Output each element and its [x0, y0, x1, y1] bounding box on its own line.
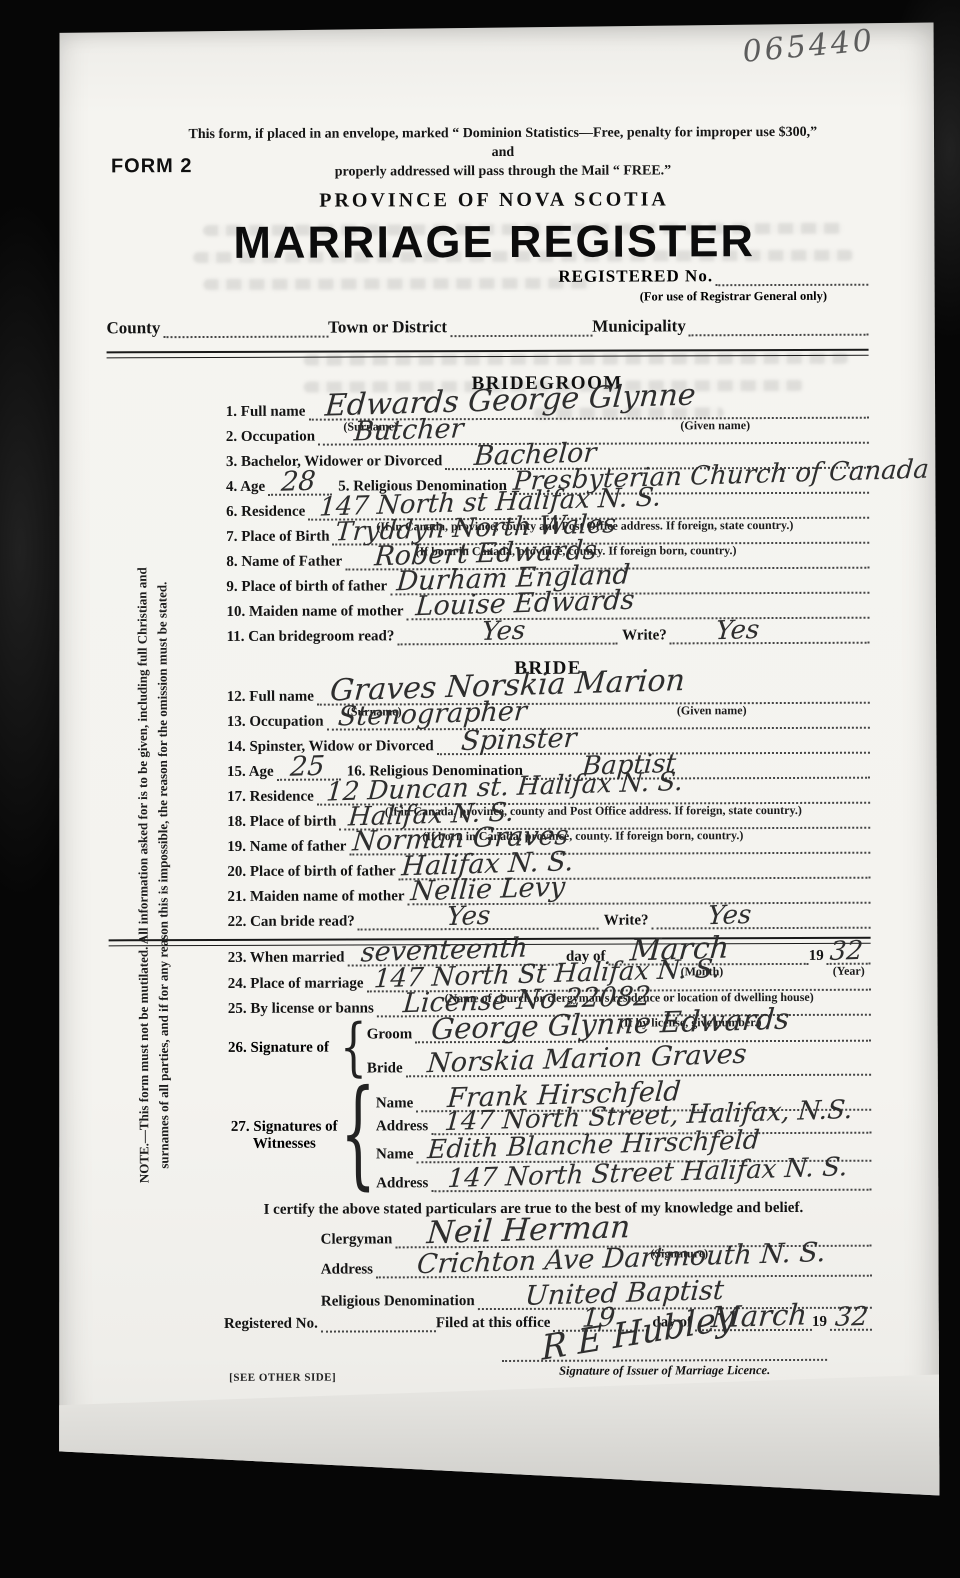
bride-residence-label: 17. Residence — [227, 789, 317, 806]
form-number: FORM 2 — [111, 155, 193, 178]
mutilation-note-line2: surnames of all parties, and if for any … — [154, 582, 171, 1169]
bride-signature-row: Bride Norskia Marion Graves — [367, 1042, 871, 1078]
registered-no-bottom-field — [321, 1316, 436, 1332]
county-label: County — [106, 318, 163, 338]
filed-label: Filed at this office — [436, 1315, 554, 1332]
bride-father-birthplace-label: 20. Place of birth of father — [227, 863, 398, 881]
witnesses-label-line1: 27. Signatures of — [231, 1118, 338, 1134]
bride-write-value: Yes — [707, 900, 753, 931]
groom-age-label: 4. Age — [226, 479, 268, 496]
couple-signatures-block: 26. Signature of { Groom George Glynne E… — [228, 1016, 871, 1078]
handwritten-serial-number: 065440 — [741, 23, 876, 70]
clergyman-denomination-label: Religious Denomination — [321, 1293, 478, 1311]
bleed-through-text — [203, 278, 593, 290]
envelope-instruction: This form, if placed in an envelope, mar… — [178, 123, 828, 182]
bride-read-label: 22. Can bride read? — [228, 913, 358, 930]
bride-full-name-label: 12. Full name — [227, 689, 317, 706]
registered-no-block: REGISTERED No. (For use of Registrar Gen… — [558, 271, 868, 305]
issuer-signature-block: R E Hubley Signature of Issuer of Marria… — [502, 1343, 827, 1379]
clergyman-denomination-field: United Baptist — [478, 1275, 872, 1310]
groom-signature-field: George Glynne Edwards — [415, 1014, 871, 1044]
groom-write-value: Yes — [715, 615, 761, 646]
province-heading: PROVINCE OF NOVA SCOTIA — [53, 187, 935, 213]
witness2-address-label: Address — [376, 1175, 431, 1192]
groom-read-label: 11. Can bridegroom read? — [227, 628, 398, 646]
filed-year-prefix: 19 — [812, 1314, 830, 1331]
parties-section: BRIDEGROOM 1. Full name Edwards George G… — [226, 375, 871, 931]
witnesses-label: 27. Signatures of Witnesses — [228, 1118, 340, 1152]
envelope-instruction-line1: This form, if placed in an envelope, mar… — [178, 123, 828, 163]
bride-write-label: Write? — [599, 912, 652, 929]
marriage-register-page: 065440 This form, if placed in an envelo… — [52, 22, 939, 1501]
groom-mother-label: 10. Maiden name of mother — [226, 603, 406, 621]
bride-signature-value: Norskia Marion Graves — [426, 1039, 748, 1080]
town-district-label: Town or District — [328, 317, 450, 337]
see-other-side-note: [SEE OTHER SIDE] — [229, 1372, 336, 1384]
groom-father-birthplace-label: 9. Place of birth of father — [226, 578, 390, 596]
signature-of-label: 26. Signature of — [228, 1039, 340, 1056]
town-district-field — [450, 321, 592, 337]
bride-occupation-label: 13. Occupation — [227, 714, 327, 731]
bride-age-label: 15. Age — [227, 764, 277, 781]
bride-signature-field: Norskia Marion Graves — [406, 1040, 872, 1078]
groom-literacy-row: 11. Can bridegroom read? Yes Write? Yes — [227, 619, 870, 646]
witness2-address-row: Address 147 North Street Halifax N. S. — [376, 1162, 871, 1193]
place-of-marriage-label: 24. Place of marriage — [228, 975, 367, 992]
groom-birthplace-label: 7. Place of Birth — [226, 529, 332, 546]
clergyman-address-label: Address — [321, 1261, 376, 1278]
bride-write-field: Yes — [651, 902, 870, 930]
witness2-name-label: Name — [376, 1146, 417, 1163]
municipality-field — [689, 320, 869, 337]
clergy-certification-block: Clergyman Neil Herman (Signature) Addres… — [321, 1217, 872, 1311]
when-married-year-field: 32 (Year) — [827, 939, 871, 965]
mutilation-note: NOTE.—This form must not be mutilated. A… — [132, 545, 176, 1205]
filed-year-value: 32 — [834, 1302, 869, 1333]
bride-birthplace-label: 18. Place of birth — [227, 814, 339, 831]
marriage-section: 23. When married seventeenth day of Marc… — [228, 941, 872, 1311]
registered-no-label: REGISTERED No. — [558, 266, 715, 287]
clergyman-address-row: Address Crichton Ave Dartmouth N. S. — [321, 1247, 872, 1279]
witnesses-label-line2: Witnesses — [253, 1135, 316, 1151]
when-married-label: 23. When married — [228, 950, 348, 967]
witness2-address-field: 147 North Street Halifax N. S. — [431, 1160, 871, 1193]
bride-father-label: 19. Name of father — [227, 839, 349, 856]
county-field — [163, 322, 328, 339]
paper-bottom-crease — [57, 1374, 939, 1503]
mutilation-note-line1: NOTE.—This form must not be mutilated. A… — [134, 567, 151, 1183]
groom-status-label: 3. Bachelor, Widower or Divorced — [226, 453, 445, 471]
county-row: County Town or District Municipality — [106, 322, 868, 339]
clergyman-address-field: Crichton Ave Dartmouth N. S. — [376, 1245, 872, 1279]
page-title: MARRIAGE REGISTER — [53, 214, 935, 269]
groom-read-value: Yes — [480, 616, 526, 647]
bride-literacy-row: 22. Can bride read? Yes Write? Yes — [228, 904, 871, 931]
witness-signatures-block: 27. Signatures of Witnesses { Name Frank… — [228, 1076, 871, 1193]
bride-read-field: Yes — [358, 903, 599, 931]
registered-no-field — [715, 269, 868, 287]
registered-no-bottom-label: Registered No. — [224, 1316, 321, 1333]
bride-read-value: Yes — [446, 901, 492, 932]
groom-write-field: Yes — [670, 617, 870, 645]
groom-residence-label: 6. Residence — [226, 504, 308, 521]
groom-occupation-label: 2. Occupation — [226, 429, 318, 446]
registrar-only-note: (For use of Registrar General only) — [598, 289, 868, 305]
witness1-name-label: Name — [376, 1095, 417, 1112]
envelope-instruction-line2: properly addressed will pass through the… — [178, 161, 828, 182]
groom-write-label: Write? — [617, 627, 670, 644]
groom-father-label: 8. Name of Father — [226, 554, 345, 571]
filed-year-field: 32 — [830, 1315, 872, 1331]
groom-full-name-label: 1. Full name — [226, 404, 309, 421]
municipality-label: Municipality — [592, 316, 689, 336]
issuer-signature-field: R E Hubley — [502, 1343, 827, 1362]
groom-read-field: Yes — [397, 618, 617, 646]
